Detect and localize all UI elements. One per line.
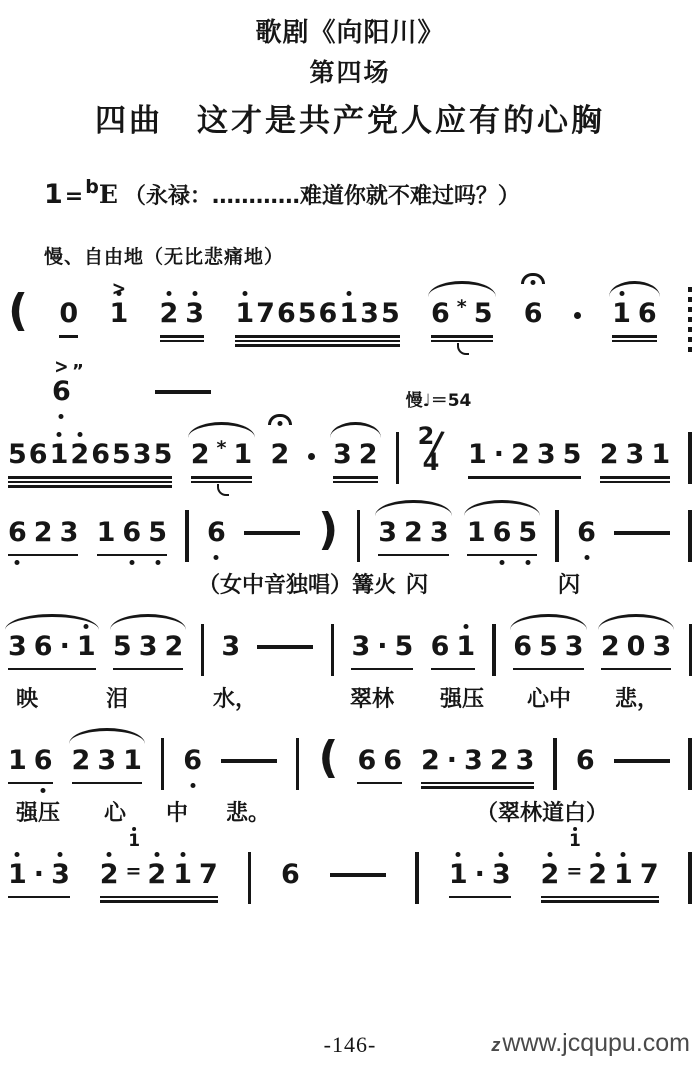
note-group: 165 bbox=[97, 518, 167, 557]
duration-underlines bbox=[351, 668, 413, 671]
underline bbox=[72, 782, 142, 785]
note-digit: 2 bbox=[271, 439, 290, 470]
accent-mark-icon: > bbox=[112, 272, 126, 307]
duration-underlines bbox=[8, 668, 96, 671]
note-digit: 1 bbox=[468, 439, 487, 470]
note-row: 16 bbox=[8, 746, 53, 779]
note-row: 32 bbox=[333, 440, 378, 473]
note: 6 bbox=[383, 746, 402, 779]
note-group: 2=1217 bbox=[100, 860, 218, 903]
note-group: 532 bbox=[113, 632, 183, 671]
note: 1 bbox=[449, 860, 468, 893]
note: 3 bbox=[652, 632, 671, 665]
duration-dash bbox=[221, 759, 277, 763]
note: · bbox=[475, 860, 485, 893]
note-group: 6 bbox=[524, 299, 543, 332]
note-group: 1·3 bbox=[8, 860, 70, 899]
note-row: 23 bbox=[160, 299, 205, 332]
note-digit: 1 bbox=[651, 439, 670, 470]
barline bbox=[492, 624, 496, 676]
duration-dash bbox=[257, 645, 313, 649]
octave-dot-high bbox=[15, 852, 20, 857]
lyric-word: 强压 bbox=[16, 796, 60, 827]
barline bbox=[248, 852, 252, 904]
note-row: 1> bbox=[109, 299, 128, 332]
page-footer: -146- zwww.jcqupu.com bbox=[0, 1024, 700, 1060]
note-group: 1> bbox=[109, 299, 128, 332]
note-group: 66 bbox=[357, 746, 402, 785]
duration-underlines bbox=[235, 335, 399, 347]
octave-dot-high bbox=[132, 827, 136, 831]
note-digit: 1 bbox=[614, 859, 633, 890]
note-group: 165 bbox=[467, 518, 537, 557]
note: 3 bbox=[51, 860, 70, 893]
barline bbox=[689, 624, 693, 676]
note-digit: 5 bbox=[112, 439, 131, 470]
octave-dot-high bbox=[58, 852, 63, 857]
note: =1 bbox=[566, 860, 581, 893]
note-row: 2=1217 bbox=[100, 860, 218, 893]
note: 6 bbox=[577, 518, 596, 551]
underline bbox=[600, 476, 670, 479]
note-digit: 6 bbox=[281, 859, 300, 890]
lyrics-line: （女中音独唱）篝火闪闪 bbox=[8, 562, 692, 602]
barline bbox=[161, 738, 165, 790]
duration-dash bbox=[330, 873, 386, 877]
note: 5 bbox=[148, 518, 167, 551]
note: 6 bbox=[8, 518, 27, 551]
note-digit: 5 bbox=[113, 631, 132, 662]
note: 5 bbox=[563, 440, 582, 473]
duration-underlines bbox=[541, 896, 659, 903]
note-group: 2 bbox=[271, 440, 290, 473]
note: 3 bbox=[360, 299, 379, 332]
barline bbox=[688, 852, 692, 904]
barline bbox=[555, 510, 559, 562]
note-digit: 6 bbox=[577, 517, 596, 548]
note-digit: 3 bbox=[516, 745, 535, 776]
note: 2 bbox=[541, 860, 560, 893]
note-digit: 6 bbox=[122, 517, 141, 548]
time-signature: 2/4慢♩＝54 bbox=[418, 426, 450, 476]
octave-dot-low bbox=[214, 555, 219, 560]
note: 1> bbox=[109, 299, 128, 332]
note: 6 bbox=[34, 632, 53, 665]
octave-dot-high bbox=[56, 432, 61, 437]
underline bbox=[449, 896, 511, 899]
barline bbox=[415, 852, 419, 904]
note: 1 bbox=[123, 746, 142, 779]
note-digit: 3 bbox=[51, 859, 70, 890]
note-row: 0 bbox=[59, 299, 78, 332]
scene-title: 第四场 bbox=[0, 53, 700, 89]
note: 7 bbox=[256, 299, 275, 332]
duration-underlines bbox=[191, 476, 253, 483]
note: 6 bbox=[207, 518, 226, 551]
note-digit: 3 bbox=[185, 298, 204, 329]
underline bbox=[160, 335, 205, 338]
note: 3 bbox=[516, 746, 535, 779]
note: 5 bbox=[8, 440, 27, 473]
note: 1 bbox=[97, 518, 116, 551]
underline bbox=[357, 782, 402, 785]
duration-dash bbox=[614, 531, 670, 535]
underline bbox=[351, 668, 413, 671]
underline bbox=[8, 896, 70, 899]
barline bbox=[331, 624, 335, 676]
note: 2 bbox=[70, 440, 89, 473]
octave-dot-high bbox=[154, 852, 159, 857]
note: 1 bbox=[339, 299, 358, 332]
note: 6 bbox=[319, 299, 338, 332]
music-system: 162316(662·3236 bbox=[8, 716, 692, 790]
note: 3 bbox=[185, 299, 204, 332]
note-digit: 0 bbox=[627, 631, 646, 662]
note-digit: 7 bbox=[199, 859, 218, 890]
duration-underlines bbox=[612, 335, 657, 342]
lyric-word: 心中 bbox=[527, 682, 571, 713]
underline bbox=[8, 554, 78, 557]
note-digit: * bbox=[216, 437, 226, 459]
note: 7 bbox=[640, 860, 659, 893]
note-digit: 3 bbox=[360, 298, 379, 329]
underline bbox=[191, 476, 253, 479]
note-digit: 1 bbox=[235, 298, 254, 329]
note-digit: 6 bbox=[493, 517, 512, 548]
slur-icon bbox=[69, 728, 145, 744]
duration-underlines bbox=[513, 668, 583, 671]
note-digit: · bbox=[60, 631, 70, 662]
grace-hook-icon bbox=[457, 343, 469, 355]
lyric-word: 水， bbox=[213, 682, 257, 713]
note-group: 6 bbox=[183, 746, 202, 779]
note-group: 17656135 bbox=[235, 299, 399, 347]
note-row: 2·323 bbox=[421, 746, 534, 779]
underline bbox=[513, 668, 583, 671]
lyric-word: 闪 bbox=[406, 568, 428, 599]
note-digit: 1 bbox=[173, 859, 192, 890]
note: 2 bbox=[160, 299, 179, 332]
note: 2 bbox=[147, 860, 166, 893]
note-digit: 6 bbox=[91, 439, 110, 470]
flat-sign: b bbox=[85, 176, 99, 198]
underline bbox=[8, 481, 172, 484]
note-digit: 2 bbox=[421, 745, 440, 776]
note: 3 bbox=[430, 518, 449, 551]
note: · bbox=[34, 860, 44, 893]
note: 6 bbox=[638, 299, 657, 332]
underline bbox=[8, 485, 172, 488]
note-digit: 6 bbox=[383, 745, 402, 776]
note-row: 3 bbox=[221, 632, 240, 665]
note-digit: 3 bbox=[430, 517, 449, 548]
note-row: 61 bbox=[431, 632, 476, 665]
underline bbox=[333, 481, 378, 484]
watermark-url: www.jcqupu.com bbox=[502, 1029, 690, 1057]
note: 3 bbox=[351, 632, 370, 665]
underline bbox=[600, 481, 670, 484]
note-digit: 5 bbox=[539, 631, 558, 662]
note-digit: 6 bbox=[8, 517, 27, 548]
note-row: 1·3 bbox=[449, 860, 511, 893]
note: 1 bbox=[235, 299, 254, 332]
note: 2 bbox=[34, 518, 53, 551]
note: 1 bbox=[8, 860, 27, 893]
note: 6 bbox=[431, 632, 450, 665]
underline bbox=[467, 554, 537, 557]
duration-underlines bbox=[8, 476, 172, 488]
lyric-word: 闪 bbox=[558, 568, 580, 599]
note-row: 6 bbox=[207, 518, 226, 551]
octave-dot-low bbox=[190, 783, 195, 788]
note: 1 bbox=[8, 746, 27, 779]
underline bbox=[100, 900, 218, 903]
note: 3 bbox=[221, 632, 240, 665]
note: 6 bbox=[183, 746, 202, 779]
note-digit: 6 bbox=[513, 631, 532, 662]
octave-dot-high bbox=[166, 291, 171, 296]
barline bbox=[201, 624, 205, 676]
note-row: 1·235 bbox=[468, 440, 581, 473]
note-row: 6 bbox=[281, 860, 300, 893]
note: 2 bbox=[100, 860, 119, 893]
note-digit: 7 bbox=[256, 298, 275, 329]
octave-dot-low bbox=[59, 414, 64, 419]
note-digit: 6 bbox=[34, 631, 53, 662]
note: =1 bbox=[126, 860, 141, 893]
note-digit: 3 bbox=[333, 439, 352, 470]
note: 3 bbox=[8, 632, 27, 665]
note-row: 165 bbox=[467, 518, 537, 551]
note: 5 bbox=[518, 518, 537, 551]
key-tonic: 1 bbox=[44, 179, 63, 210]
note-group: 6>” bbox=[52, 377, 71, 410]
note-digit: 3 bbox=[492, 859, 511, 890]
duration-underlines bbox=[59, 335, 78, 338]
note-digit: 6 bbox=[319, 298, 338, 329]
note-digit: 2 bbox=[165, 631, 184, 662]
note-digit: 6 bbox=[207, 517, 226, 548]
note-digit: 3 bbox=[8, 631, 27, 662]
note: 2 bbox=[421, 746, 440, 779]
duration-dash bbox=[244, 531, 300, 535]
note-digit: 2 bbox=[601, 631, 620, 662]
note-digit: 6 bbox=[431, 298, 450, 329]
note-digit: 2 bbox=[72, 745, 91, 776]
note: 5 bbox=[474, 299, 493, 332]
note-digit: 2 bbox=[70, 439, 89, 470]
note-digit: 5 bbox=[474, 298, 493, 329]
key-signature-line: 1=bE（永禄：…………难道你就不难过吗？） bbox=[44, 176, 700, 210]
underline bbox=[612, 335, 657, 338]
note-digit: 6 bbox=[576, 745, 595, 776]
lyric-word: （女中音独唱）篝火 bbox=[198, 568, 396, 599]
note-digit: 3 bbox=[97, 745, 116, 776]
barline bbox=[357, 510, 361, 562]
note-digit: 2 bbox=[588, 859, 607, 890]
underline bbox=[100, 896, 218, 899]
note: 1 bbox=[456, 632, 475, 665]
note-digit: 7 bbox=[640, 859, 659, 890]
octave-dot-high bbox=[242, 291, 247, 296]
note-digit: · bbox=[377, 631, 387, 662]
underline bbox=[541, 900, 659, 903]
note: 5 bbox=[154, 440, 173, 473]
note-group: 623 bbox=[8, 518, 78, 557]
underline bbox=[191, 481, 253, 484]
note-group: 323 bbox=[378, 518, 448, 557]
lyrics-line: 强压心中悲。（翠林道白） bbox=[8, 790, 692, 830]
underline bbox=[601, 668, 671, 671]
barline bbox=[396, 432, 400, 484]
music-system: 36·153233·561653203 bbox=[8, 602, 692, 676]
note: 6>” bbox=[52, 377, 71, 410]
lyric-word: 泪 bbox=[106, 682, 128, 713]
lyrics-line: 映泪水，翠林强压心中悲， bbox=[8, 676, 692, 716]
note: 3 bbox=[133, 440, 152, 473]
note-row: 323 bbox=[378, 518, 448, 551]
note-digit: 3 bbox=[139, 631, 158, 662]
note-group: 2*1 bbox=[191, 440, 253, 483]
note-digit: 1 bbox=[8, 745, 27, 776]
note-digit: 1 bbox=[449, 859, 468, 890]
note: 6 bbox=[576, 746, 595, 779]
note-digit: 3 bbox=[133, 439, 152, 470]
note: 2 bbox=[191, 440, 210, 473]
note: 1 bbox=[651, 440, 670, 473]
note: 1 bbox=[467, 518, 486, 551]
note: 6 bbox=[281, 860, 300, 893]
note-digit: 6 bbox=[34, 745, 53, 776]
lyric-word: 中 bbox=[166, 796, 188, 827]
slur-icon bbox=[609, 281, 660, 297]
slur-icon bbox=[110, 614, 186, 630]
note-group: 203 bbox=[601, 632, 671, 671]
barline bbox=[185, 510, 189, 562]
duration-underlines bbox=[378, 554, 448, 557]
key-equals: = bbox=[63, 184, 85, 209]
note-group: 653 bbox=[513, 632, 583, 671]
slur-icon bbox=[510, 614, 586, 630]
duration-underlines bbox=[97, 554, 167, 557]
music-system: 6>” bbox=[8, 355, 692, 410]
underline bbox=[541, 896, 659, 899]
note: 1 bbox=[50, 440, 69, 473]
note: 5 bbox=[113, 632, 132, 665]
note-digit: 1 bbox=[233, 439, 252, 470]
note-digit: 2 bbox=[160, 298, 179, 329]
note-digit: 1 bbox=[339, 298, 358, 329]
lyric-word: 强压 bbox=[440, 682, 484, 713]
duration-underlines bbox=[431, 335, 493, 342]
note-row: 203 bbox=[601, 632, 671, 665]
note-group: 3 bbox=[221, 632, 240, 665]
note-group: 56126535 bbox=[8, 440, 172, 488]
slur-icon bbox=[598, 614, 674, 630]
note-group: 6 bbox=[576, 746, 595, 779]
octave-dot-high bbox=[107, 852, 112, 857]
note: 3 bbox=[333, 440, 352, 473]
duration-underlines bbox=[468, 476, 581, 479]
note-row: 3·5 bbox=[351, 632, 413, 665]
note: 3 bbox=[464, 746, 483, 779]
note-digit: 1 bbox=[77, 631, 96, 662]
note-digit: 3 bbox=[60, 517, 79, 548]
duration-dash bbox=[614, 759, 670, 763]
barline bbox=[688, 510, 692, 562]
dashed-barline bbox=[688, 287, 692, 355]
note-digit: 0 bbox=[59, 298, 78, 329]
note-digit: 6 bbox=[357, 745, 376, 776]
note: 1 bbox=[173, 860, 192, 893]
octave-dot-high bbox=[573, 827, 577, 831]
note-digit: 2 bbox=[511, 439, 530, 470]
note: 3 bbox=[97, 746, 116, 779]
note: 0 bbox=[59, 299, 78, 332]
spoken-cue-text: （永禄：…………难道你就不难过吗？） bbox=[124, 184, 520, 209]
lyric-word: 悲。 bbox=[226, 796, 270, 827]
underline bbox=[421, 786, 534, 789]
note-digit: 5 bbox=[395, 631, 414, 662]
note: · bbox=[447, 746, 457, 779]
note: 6 bbox=[524, 299, 543, 332]
note: · bbox=[60, 632, 70, 665]
note-digit: 1 bbox=[50, 439, 69, 470]
song-title: 四曲 这才是共产党人应有的心胸 bbox=[0, 95, 700, 140]
octave-dot-high bbox=[180, 852, 185, 857]
note-digit: 2 bbox=[600, 439, 619, 470]
note-digit: = bbox=[566, 860, 581, 882]
note-row: 623 bbox=[8, 518, 78, 551]
note-digit: 3 bbox=[652, 631, 671, 662]
note: 5 bbox=[298, 299, 317, 332]
note-row: 1·3 bbox=[8, 860, 70, 893]
note-digit: 5 bbox=[518, 517, 537, 548]
note: 5 bbox=[112, 440, 131, 473]
note: 6 bbox=[431, 299, 450, 332]
fermata-dot bbox=[277, 421, 282, 426]
duration-underlines bbox=[467, 554, 537, 557]
underline bbox=[378, 554, 448, 557]
note-digit: · bbox=[447, 745, 457, 776]
note-digit: 6 bbox=[183, 745, 202, 776]
underline bbox=[8, 782, 53, 785]
note: 3 bbox=[626, 440, 645, 473]
note-digit: · bbox=[475, 859, 485, 890]
note: 7 bbox=[199, 860, 218, 893]
note: 2 bbox=[511, 440, 530, 473]
note-group: 6*5 bbox=[431, 299, 493, 342]
note-digit: 6 bbox=[431, 631, 450, 662]
note-group: 3·5 bbox=[351, 632, 413, 671]
duration-underlines bbox=[8, 896, 70, 899]
underline bbox=[8, 668, 96, 671]
music-system: 561265352*12322/4慢♩＝541·235231 bbox=[8, 410, 692, 488]
note: 2 bbox=[600, 440, 619, 473]
note: 2 bbox=[271, 440, 290, 473]
note-row: 6>” bbox=[52, 377, 71, 410]
note-row: 2 bbox=[271, 440, 290, 473]
note-digit: · bbox=[34, 859, 44, 890]
underline bbox=[235, 340, 399, 343]
note: 6 bbox=[122, 518, 141, 551]
note-digit: 5 bbox=[148, 517, 167, 548]
barline bbox=[688, 432, 692, 484]
opera-title: 歌剧《向阳川》 bbox=[0, 0, 700, 49]
note: · bbox=[377, 632, 387, 665]
octave-dot-low bbox=[584, 555, 589, 560]
note-digit: 6 bbox=[29, 439, 48, 470]
